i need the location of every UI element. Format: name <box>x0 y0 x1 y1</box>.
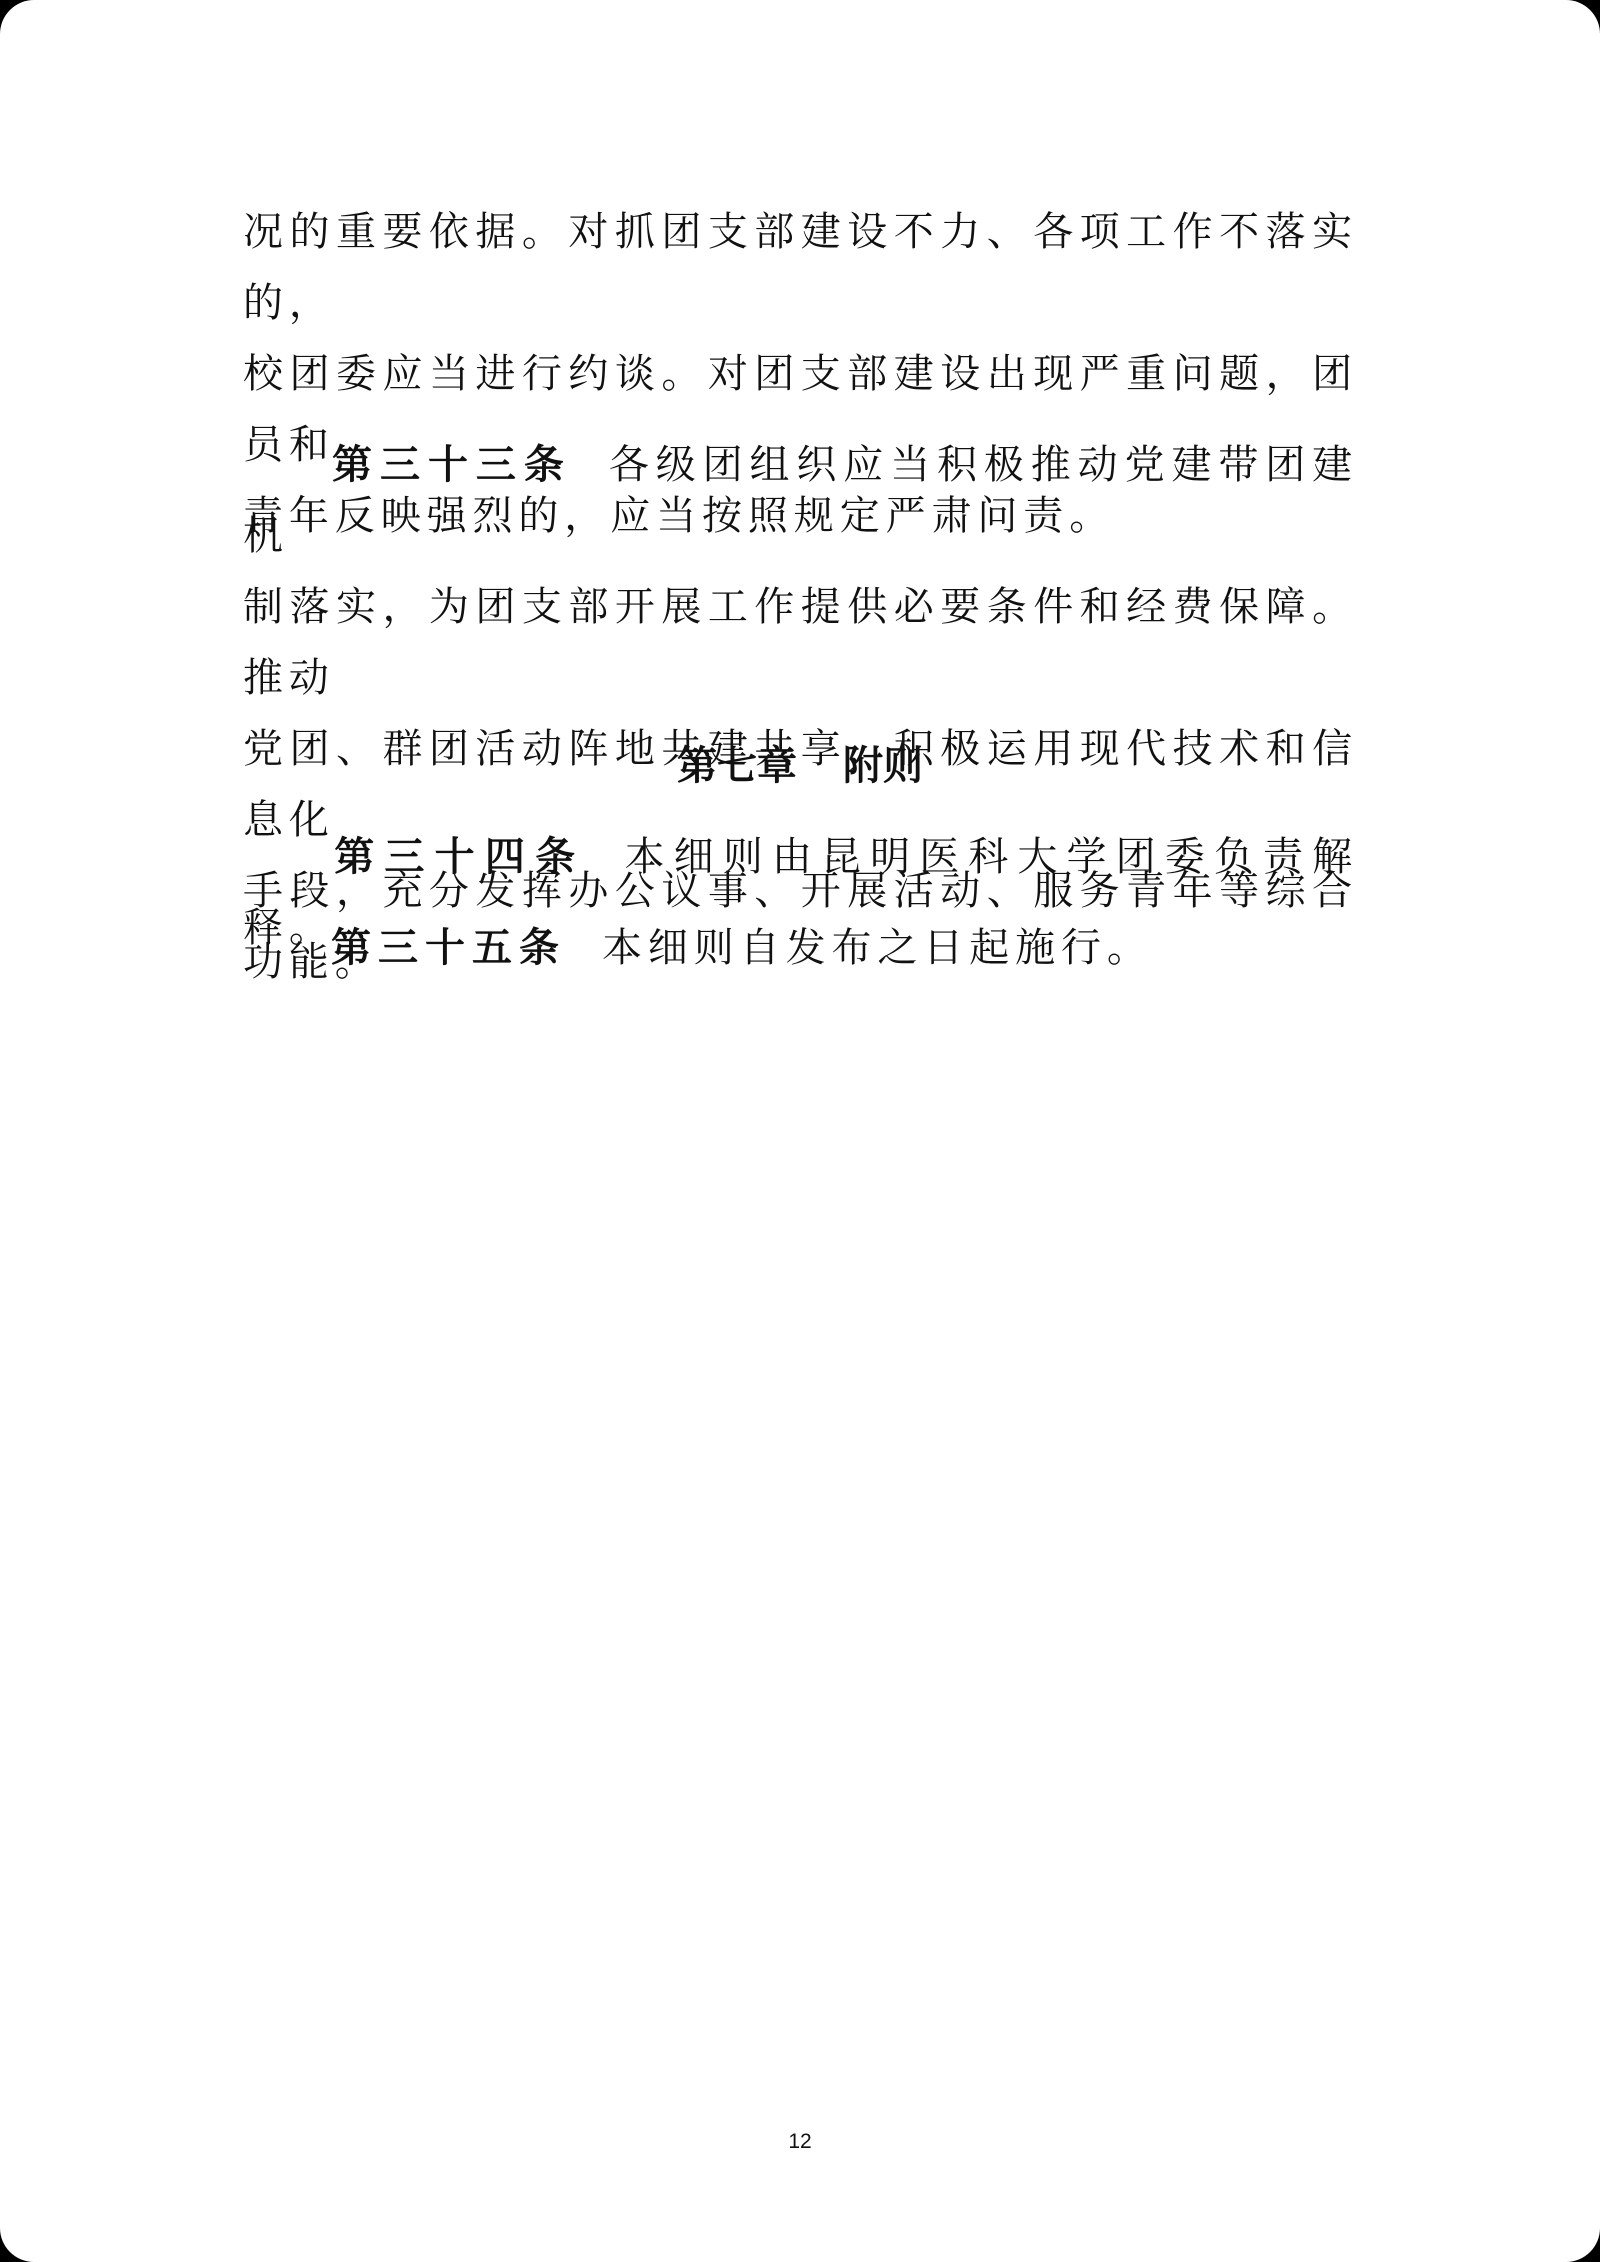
text-line: 制落实，为团支部开展工作提供必要条件和经费保障。推动 <box>243 572 1358 714</box>
article-35-text: 本细则自发布之日起施行。 <box>602 925 1153 971</box>
document-page: 况的重要依据。对抓团支部建设不力、各项工作不落实的， 校团委应当进行约谈。对团支… <box>0 0 1600 2262</box>
chapter-title: 附则 <box>843 743 923 789</box>
article-33-first-line: 第三十三条各级团组织应当积极推动党建带团建机 <box>243 430 1358 572</box>
article-33-label: 第三十三条 <box>331 442 572 488</box>
text-line: 况的重要依据。对抓团支部建设不力、各项工作不落实的， <box>243 197 1358 339</box>
article-35-line: 第三十五条本细则自发布之日起施行。 <box>243 913 1358 984</box>
article-34-label: 第三十四条 <box>331 834 585 880</box>
chapter-heading: 第七章附则 <box>0 738 1600 794</box>
chapter-number: 第七章 <box>677 743 797 789</box>
page-number: 12 <box>0 2130 1600 2154</box>
article-35-label: 第三十五条 <box>331 925 566 971</box>
article-35: 第三十五条本细则自发布之日起施行。 <box>243 913 1358 984</box>
